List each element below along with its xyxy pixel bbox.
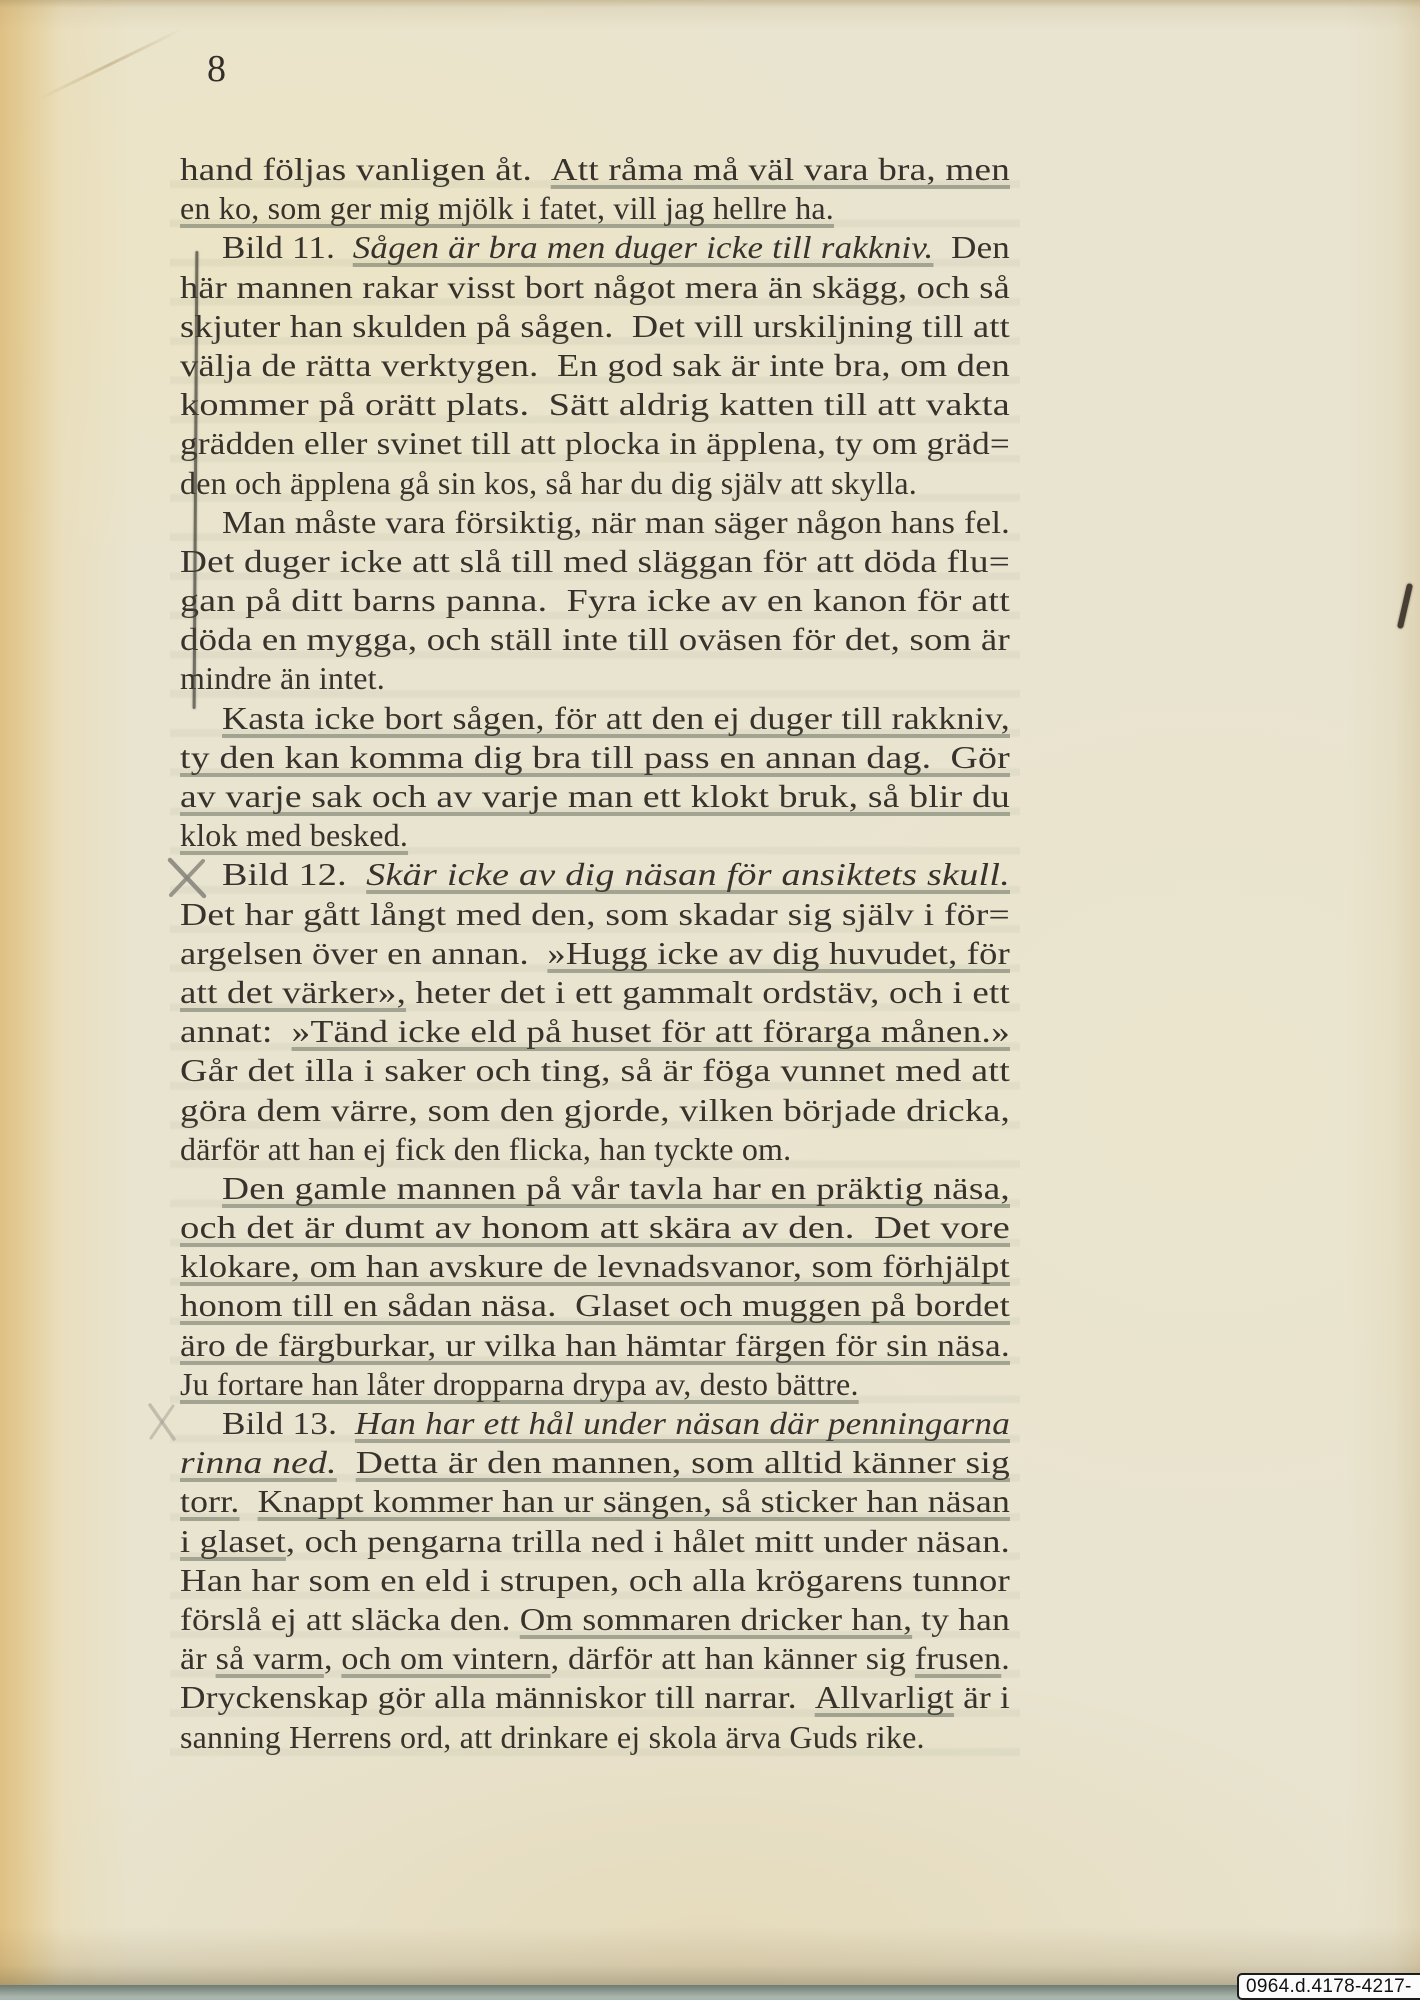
text-line: skjuter han skulden på sågen. Det vill u… bbox=[180, 307, 1010, 346]
pencil-underlined-text: klok med besked. bbox=[180, 817, 408, 853]
text-line: grädden eller svinet till att plocka in … bbox=[180, 424, 1010, 463]
pencil-underlined-text: av varje sak och av varje man ett klokt … bbox=[180, 778, 1010, 814]
text-line: torr. Knappt kommer han ur sängen, så st… bbox=[180, 1482, 1010, 1521]
printed-text: argelsen över en annan. bbox=[180, 935, 547, 971]
pencil-underlined-text: torr. bbox=[180, 1483, 240, 1519]
pencil-underlined-text: honom till en sådan näsa. Glaset och mug… bbox=[180, 1287, 1010, 1323]
printed-text: göra dem värre, som den gjorde, vilken b… bbox=[180, 1092, 1010, 1128]
pencil-underlined-text: så varm bbox=[216, 1640, 324, 1676]
text-line: Man måste vara försiktig, när man säger … bbox=[180, 503, 1010, 542]
printed-text: välja de rätta verktygen. En god sak är … bbox=[180, 347, 1010, 383]
text-line: och det är dumt av honom att skära av de… bbox=[180, 1208, 1010, 1247]
printed-text: grädden eller svinet till att plocka in … bbox=[180, 425, 1010, 461]
pencil-underlined-text: Han har ett hål under näsan där penninga… bbox=[355, 1405, 1010, 1441]
text-line: en ko, som ger mig mjölk i fatet, vill j… bbox=[180, 189, 1010, 228]
printed-text bbox=[240, 1483, 258, 1519]
text-line: Bild 13. Han har ett hål under näsan där… bbox=[180, 1404, 1010, 1443]
text-line: rinna ned. Detta är den mannen, som allt… bbox=[180, 1443, 1010, 1482]
text-line: hand följas vanligen åt. Att råma må väl… bbox=[180, 150, 1010, 189]
printed-text: är i bbox=[954, 1679, 1010, 1715]
printed-text: den och äpplena gå sin kos, så har du di… bbox=[180, 465, 917, 501]
printed-text: Dryckenskap gör alla människor till narr… bbox=[180, 1679, 815, 1715]
paper-crease bbox=[37, 28, 182, 101]
pencil-underlined-text: Sågen är bra men duger icke till rakkniv… bbox=[353, 229, 934, 265]
pencil-underlined-text: Om sommaren dricker han, bbox=[520, 1601, 912, 1637]
text-line: ty den kan komma dig bra till pass en an… bbox=[180, 738, 1010, 777]
scanned-book-page: 8 hand följas vanligen åt. Att råma må v… bbox=[0, 0, 1420, 2000]
printed-text: heter det i ett gammalt ordstäv, och i e… bbox=[406, 974, 1010, 1010]
pencil-underlined-text: i glaset bbox=[180, 1523, 286, 1559]
text-line: sanning Herrens ord, att drinkare ej sko… bbox=[180, 1718, 1010, 1757]
pencil-underlined-text: Detta är den mannen, som alltid känner s… bbox=[356, 1444, 1010, 1480]
text-line: här mannen rakar visst bort något mera ä… bbox=[180, 268, 1010, 307]
printed-text: annat: bbox=[180, 1013, 292, 1049]
printed-text: sanning Herrens ord, att drinkare ej sko… bbox=[180, 1719, 925, 1755]
pencil-underlined-text: en ko, som ger mig mjölk i fatet, vill j… bbox=[180, 190, 834, 226]
text-line: Kasta icke bort sågen, för att den ej du… bbox=[180, 699, 1010, 738]
pencil-underlined-text: och det är dumt av honom att skära av de… bbox=[180, 1209, 1010, 1245]
printed-text: ty han bbox=[912, 1601, 1010, 1637]
text-line: Den gamle mannen på vår tavla har en prä… bbox=[180, 1169, 1010, 1208]
printed-text: är bbox=[180, 1640, 216, 1676]
text-line: göra dem värre, som den gjorde, vilken b… bbox=[180, 1091, 1010, 1130]
text-line: klok med besked. bbox=[180, 816, 1010, 855]
text-line: Bild 12. Skär icke av dig näsan för ansi… bbox=[180, 855, 1010, 894]
pencil-underlined-text: Kasta icke bort sågen, för att den ej du… bbox=[222, 700, 1010, 736]
text-line: välja de rätta verktygen. En god sak är … bbox=[180, 346, 1010, 385]
text-line: Han har som en eld i strupen, och alla k… bbox=[180, 1561, 1010, 1600]
printed-text: Går det illa i saker och ting, så är fög… bbox=[180, 1052, 1010, 1088]
text-line: Bild 11. Sågen är bra men duger icke til… bbox=[180, 228, 1010, 267]
text-line: därför att han ej fick den flicka, han t… bbox=[180, 1130, 1010, 1169]
printed-text: , bbox=[324, 1640, 341, 1676]
printed-text: Den bbox=[933, 229, 1010, 265]
pencil-underlined-text: »Tänd icke eld på huset för att förarga … bbox=[292, 1013, 1010, 1049]
text-line: kommer på orätt plats. Sätt aldrig katte… bbox=[180, 385, 1010, 424]
text-line: annat: »Tänd icke eld på huset för att f… bbox=[180, 1012, 1010, 1051]
printed-text: kommer på orätt plats. Sätt aldrig katte… bbox=[180, 386, 1010, 422]
printed-text: förslå ej att släcka den. bbox=[180, 1601, 520, 1637]
x-mark-faint-icon bbox=[145, 1400, 179, 1444]
text-line: Det har gått långt med den, som skadar s… bbox=[180, 895, 1010, 934]
printed-text: därför att han ej fick den flicka, han t… bbox=[180, 1131, 791, 1167]
printed-text: Det duger icke att slå till med släggan … bbox=[180, 543, 1010, 579]
pencil-underlined-text: klokare, om han avskure de levnadsvanor,… bbox=[180, 1248, 1010, 1284]
catalog-label: 0964.d.4178-4217-pasikt bbox=[1237, 1973, 1420, 2000]
pencil-underlined-text: »Hugg icke av dig huvudet, för bbox=[547, 935, 1010, 971]
text-line: att det värker», heter det i ett gammalt… bbox=[180, 973, 1010, 1012]
margin-pen-stroke bbox=[1397, 583, 1413, 629]
printed-text: här mannen rakar visst bort något mera ä… bbox=[180, 269, 1010, 305]
pencil-underlined-text: och om vintern bbox=[341, 1640, 550, 1676]
pencil-underlined-text: Knappt kommer han ur sängen, så sticker … bbox=[258, 1483, 1010, 1519]
pencil-underlined-text: ty den kan komma dig bra till pass en an… bbox=[180, 739, 1010, 775]
text-line: förslå ej att släcka den. Om sommaren dr… bbox=[180, 1600, 1010, 1639]
text-line: av varje sak och av varje man ett klokt … bbox=[180, 777, 1010, 816]
text-line: i glaset, och pengarna trilla ned i håle… bbox=[180, 1522, 1010, 1561]
page-number: 8 bbox=[207, 50, 226, 88]
printed-text: . bbox=[1001, 1640, 1010, 1676]
pencil-underlined-text: Allvarligt bbox=[815, 1679, 954, 1715]
printed-text: , och pengarna trilla ned i hålet mitt u… bbox=[286, 1523, 1010, 1559]
text-line: den och äpplena gå sin kos, så har du di… bbox=[180, 464, 1010, 503]
pencil-underlined-text: Ju fortare han låter dropparna drypa av,… bbox=[180, 1366, 859, 1402]
x-mark-icon bbox=[164, 854, 210, 902]
printed-text: Man måste vara försiktig, när man säger … bbox=[222, 504, 1010, 540]
text-line: Ju fortare han låter dropparna drypa av,… bbox=[180, 1365, 1010, 1404]
printed-text: döda en mygga, och ställ inte till oväse… bbox=[180, 621, 1010, 657]
text-line: Det duger icke att slå till med släggan … bbox=[180, 542, 1010, 581]
printed-text: skjuter han skulden på sågen. Det vill u… bbox=[180, 308, 1010, 344]
scanner-backing bbox=[0, 1985, 1420, 2000]
text-line: äro de färgburkar, ur vilka han hämtar f… bbox=[180, 1326, 1010, 1365]
text-line: argelsen över en annan. »Hugg icke av di… bbox=[180, 934, 1010, 973]
text-line: gan på ditt barns panna. Fyra icke av en… bbox=[180, 581, 1010, 620]
text-line: mindre än intet. bbox=[180, 659, 1010, 698]
printed-text: Han har som en eld i strupen, och alla k… bbox=[180, 1562, 1010, 1598]
printed-text: Bild 13. bbox=[222, 1405, 355, 1441]
pencil-underlined-text: Skär icke av dig näsan för ansiktets sku… bbox=[366, 856, 1010, 892]
pencil-underlined-text: frusen bbox=[915, 1640, 1001, 1676]
pencil-underlined-text: äro de färgburkar, ur vilka han hämtar f… bbox=[180, 1327, 1010, 1363]
printed-text: Bild 12. bbox=[222, 856, 366, 892]
text-line: döda en mygga, och ställ inte till oväse… bbox=[180, 620, 1010, 659]
printed-text bbox=[337, 1444, 356, 1480]
pencil-underlined-text: rinna ned. bbox=[180, 1444, 337, 1480]
text-line: honom till en sådan näsa. Glaset och mug… bbox=[180, 1286, 1010, 1325]
pencil-underlined-text: Den gamle mannen på vår tavla har en prä… bbox=[222, 1170, 1010, 1206]
pencil-underlined-text: Att råma må väl vara bra, men bbox=[551, 151, 1010, 187]
printed-text: Det har gått långt med den, som skadar s… bbox=[180, 896, 1010, 932]
printed-text: hand följas vanligen åt. bbox=[180, 151, 551, 187]
printed-text: , därför att han känner sig bbox=[551, 1640, 915, 1676]
printed-text: gan på ditt barns panna. Fyra icke av en… bbox=[180, 582, 1010, 618]
text-line: är så varm, och om vintern, därför att h… bbox=[180, 1639, 1010, 1678]
page-bottom-shadow bbox=[0, 1926, 1420, 1986]
text-line: klokare, om han avskure de levnadsvanor,… bbox=[180, 1247, 1010, 1286]
text-line: Går det illa i saker och ting, så är fög… bbox=[180, 1051, 1010, 1090]
printed-text: Bild 11. bbox=[222, 229, 353, 265]
printed-text: mindre än intet. bbox=[180, 660, 385, 696]
pencil-underlined-text: att det värker», bbox=[180, 974, 406, 1010]
text-block: hand följas vanligen åt. Att råma må väl… bbox=[180, 150, 1010, 1757]
text-line: Dryckenskap gör alla människor till narr… bbox=[180, 1678, 1010, 1717]
